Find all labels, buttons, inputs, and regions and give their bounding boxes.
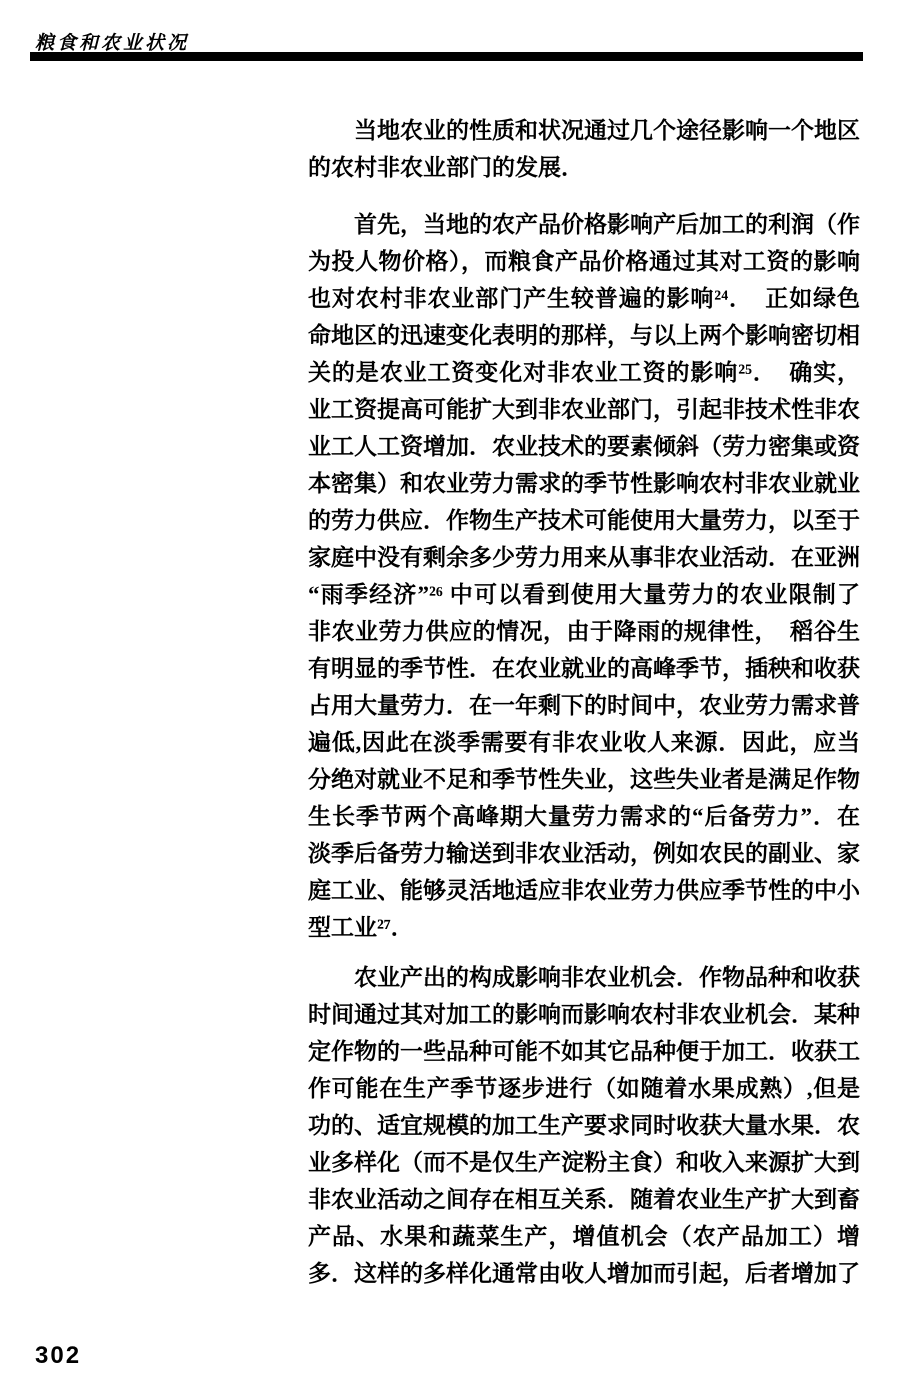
text-line: 非农业劳力供应的情况，由于降雨的规律性， 稻谷生产 <box>308 613 860 650</box>
paragraph: 当地农业的性质和状况通过几个途径影响一个地区 的农村非农业部门的发展． <box>308 112 860 186</box>
text-line: 命地区的迅速变化表明的那样，与以上两个影响密切相 <box>308 317 860 354</box>
text-line: 非农业活动之间存在相互关系．随着农业生产扩大到畜 <box>308 1181 860 1218</box>
text-line: 当地农业的性质和状况通过几个途径影响一个地区 <box>308 112 860 149</box>
text-line: 占用大量劳力．在一年剩下的时间中，农业劳力需求普 <box>308 687 860 724</box>
text-line: 关的是农业工资变化对非农业工资的影响²⁵． 确实，农 <box>308 354 860 391</box>
text-line: 庭工业、能够灵活地适应非农业劳力供应季节性的中小 <box>308 872 860 909</box>
paragraph: 首先，当地的农产品价格影响产后加工的利润（作 为投人物价格），而粮食产品价格通过… <box>308 206 860 946</box>
text-line: 功的、适宜规模的加工生产要求同时收获大量水果．农 <box>308 1107 860 1144</box>
page-number: 302 <box>35 1342 81 1370</box>
text-line: 首先，当地的农产品价格影响产后加工的利润（作 <box>308 206 860 243</box>
text-line: 为投人物价格），而粮食产品价格通过其对工资的影响 <box>308 243 860 280</box>
text-line: 农业产出的构成影响非农业机会．作物品种和收获 <box>308 959 860 996</box>
text-line: 淡季后备劳力输送到非农业活动，例如农民的副业、家 <box>308 835 860 872</box>
text-line: 作可能在生产季节逐步进行（如随着水果成熟）,但是成 <box>308 1070 860 1107</box>
text-line: “雨季经济”²⁶ 中可以看到使用大量劳力的农业限制了 <box>308 576 860 613</box>
text-line: 定作物的一些品种可能不如其它品种便于加工．收获工 <box>308 1033 860 1070</box>
paragraph: 农业产出的构成影响非农业机会．作物品种和收获 时间通过其对加工的影响而影响农村非… <box>308 959 860 1292</box>
text-line: 业工人工资增加．农业技术的要素倾斜（劳力密集或资 <box>308 428 860 465</box>
text-line: 遍低,因此在淡季需要有非农业收人来源．因此，应当区 <box>308 724 860 761</box>
text-line: 家庭中没有剩余多少劳力用来从事非农业活动．在亚洲 <box>308 539 860 576</box>
text-line: 本密集）和农业劳力需求的季节性影响农村非农业就业 <box>308 465 860 502</box>
text-line: 业工资提高可能扩大到非农业部门，引起非技术性非农 <box>308 391 860 428</box>
body-text: 当地农业的性质和状况通过几个途径影响一个地区 的农村非农业部门的发展． 首先，当… <box>308 112 860 1292</box>
text-line: 的劳力供应．作物生产技术可能使用大量劳力，以至于 <box>308 502 860 539</box>
text-line: 时间通过其对加工的影响而影响农村非农业机会．某种特 <box>308 996 860 1033</box>
header-rule-divider <box>30 52 863 61</box>
text-line: 生长季节两个高峰期大量劳力需求的“后备劳力”．在 <box>308 798 860 835</box>
text-line: 多．这样的多样化通常由收人增加而引起，后者增加了 <box>308 1255 860 1292</box>
text-line: 型工业²⁷． <box>308 909 860 946</box>
text-line: 的农村非农业部门的发展． <box>308 149 860 186</box>
text-line: 分绝对就业不足和季节性失业，这些失业者是满足作物 <box>308 761 860 798</box>
running-header: 粮食和农业状况 <box>35 28 189 55</box>
document-page: 粮食和农业状况 当地农业的性质和状况通过几个途径影响一个地区 的农村非农业部门的… <box>0 0 900 1400</box>
text-line: 有明显的季节性．在农业就业的高峰季节，插秧和收获 <box>308 650 860 687</box>
text-line: 也对农村非农业部门产生较普遍的影响²⁴． 正如绿色革 <box>308 280 860 317</box>
text-line: 业多样化（而不是仅生产淀粉主食）和收入来源扩大到 <box>308 1144 860 1181</box>
text-line: 产品、水果和蔬菜生产，增值机会（农产品加工）增 <box>308 1218 860 1255</box>
